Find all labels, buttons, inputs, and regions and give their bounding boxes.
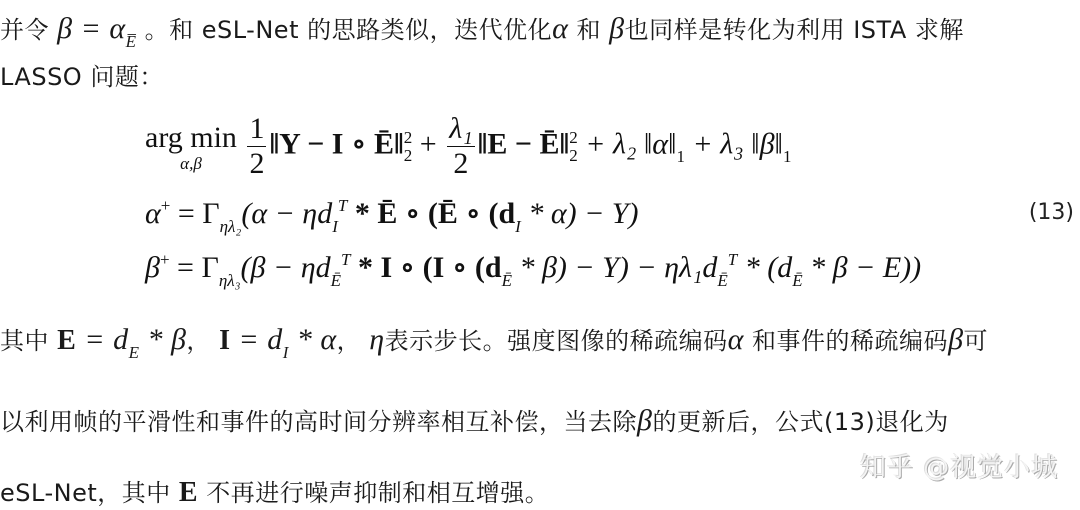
norm-term-1: ‖Y − I ∘ Ē‖ <box>269 127 403 160</box>
equation-row-1: arg min α,β 1 2 ‖Y − I ∘ Ē‖22 + λ₁ 2 ‖E … <box>145 112 791 181</box>
math-beta-eq-alpha: β = α <box>57 12 125 45</box>
paragraph-line-4: 以利用帧的平滑性和事件的高时间分辨率相互补偿，当去除β的更新后，公式(13)退化… <box>0 406 949 437</box>
text: 也同样是转化为利用 ISTA 求解 <box>625 16 964 44</box>
equation-number: (13) <box>1029 200 1074 225</box>
text: LASSO 问题： <box>0 63 164 91</box>
text: 和 <box>568 16 609 44</box>
equation-row-3: β+ = Γηλ₃(β − ηdĒT * I ∘ (I ∘ (dĒ * β) −… <box>145 250 921 285</box>
text: 。和 eSL-Net 的思路类似，迭代优化 <box>145 16 553 44</box>
math-beta: β <box>637 404 652 437</box>
math-E-bold: E <box>179 477 198 508</box>
equation-row-2: α+ = Γηλ₂(α − ηdIT * Ē ∘ (Ē ∘ (dI * α) −… <box>145 196 638 231</box>
paragraph-line-5: eSL-Net，其中 E 不再进行噪声抑制和相互增强。 <box>0 478 549 508</box>
math-subscript: E̅ <box>126 32 137 51</box>
norm-term-3: + λ₂ ‖α‖ <box>578 127 677 160</box>
watermark: 知乎 @视觉小城 <box>860 447 1058 484</box>
math-alpha: α <box>552 12 568 45</box>
norm-term-2: ‖E − Ē‖ <box>478 127 570 160</box>
math-I-bold: I <box>219 325 230 356</box>
paragraph-line-2: LASSO 问题： <box>0 62 164 92</box>
paragraph-line-1: 并令 β = αE̅ 。和 eSL-Net 的思路类似，迭代优化α 和 β也同样… <box>0 14 964 48</box>
math-E-bold: E <box>57 325 76 356</box>
math-eta: η <box>369 323 384 356</box>
paragraph-line-3: 其中 E = dE * β， I = dI * α， η表示步长。强度图像的稀疏… <box>0 325 988 359</box>
math-beta: β <box>609 12 624 45</box>
text: 并令 <box>0 16 49 44</box>
fraction-lambda1-half: λ₁ 2 <box>447 112 474 181</box>
argmin-operator: arg min α,β <box>145 121 237 173</box>
fraction-half: 1 2 <box>247 112 266 181</box>
norm-term-4: + λ₃ ‖β‖ <box>685 127 783 160</box>
